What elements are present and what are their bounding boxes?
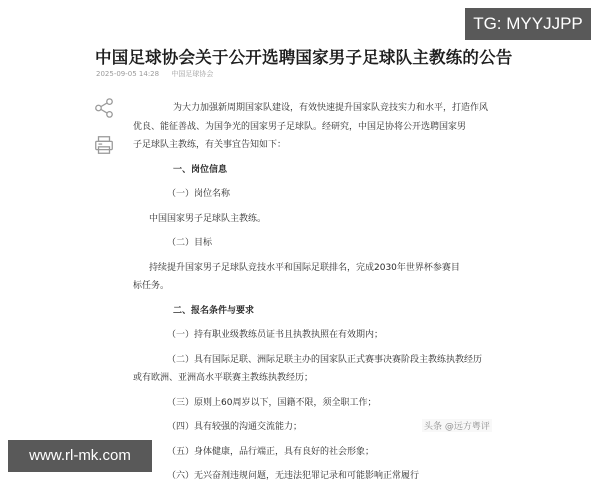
intro-line-2: 优良、能征善战、为国争光的国家男子足球队。经研究，中国足协将公开选聘国家男 bbox=[133, 118, 513, 137]
s2-item-6: （六）无兴奋剂违规问题，无违法犯罪记录和可能影响正常履行 bbox=[153, 467, 513, 480]
s2-item-2b: 或有欧洲、亚洲高水平联赛主教练执教经历； bbox=[133, 369, 513, 388]
s2-item-1: （一）持有职业级教练员证书且执教执照在有效期内； bbox=[153, 326, 513, 345]
s1-item-2: （二）目标 bbox=[153, 234, 513, 253]
article-meta: 2025-09-05 14:28 中国足球协会 bbox=[96, 69, 223, 79]
s1-item-1-text: 中国国家男子足球队主教练。 bbox=[149, 210, 513, 229]
s1-item-2-text-2: 标任务。 bbox=[133, 277, 513, 296]
section-heading-2: 二、报名条件与要求 bbox=[153, 302, 513, 321]
article-date: 2025-09-05 14:28 bbox=[96, 70, 159, 78]
article-source[interactable]: 中国足球协会 bbox=[171, 70, 213, 78]
s2-item-5: （五）身体健康，品行端正，具有良好的社会形象； bbox=[153, 443, 513, 462]
s2-item-2a: （二）具有国际足联、洲际足联主办的国家队正式赛事决赛阶段主教练执教经历 bbox=[153, 351, 513, 370]
article-title: 中国足球协会关于公开选聘国家男子足球队主教练的公告 bbox=[95, 44, 513, 68]
intro-line-1: 为大力加强新周期国家队建设，有效快速提升国家队竞技实力和水平，打造作风 bbox=[153, 99, 513, 118]
s2-item-3: （三）原则上60周岁以下，国籍不限，须全职工作； bbox=[153, 394, 513, 413]
source-watermark: 头条 @远方粤评 bbox=[422, 419, 492, 432]
url-badge[interactable]: www.rl-mk.com bbox=[8, 440, 152, 472]
print-icon[interactable] bbox=[93, 134, 115, 156]
s1-item-2-text-1: 持续提升国家男子足球队竞技水平和国际足联排名，完成2030年世界杯参赛目 bbox=[149, 259, 513, 278]
tg-badge: TG: MYYJJPP bbox=[465, 8, 591, 40]
section-heading-1: 一、岗位信息 bbox=[153, 161, 513, 180]
s1-item-1: （一）岗位名称 bbox=[153, 185, 513, 204]
share-icon[interactable] bbox=[93, 97, 115, 119]
intro-line-3: 子足球队主教练，有关事宜告知如下： bbox=[133, 136, 513, 155]
